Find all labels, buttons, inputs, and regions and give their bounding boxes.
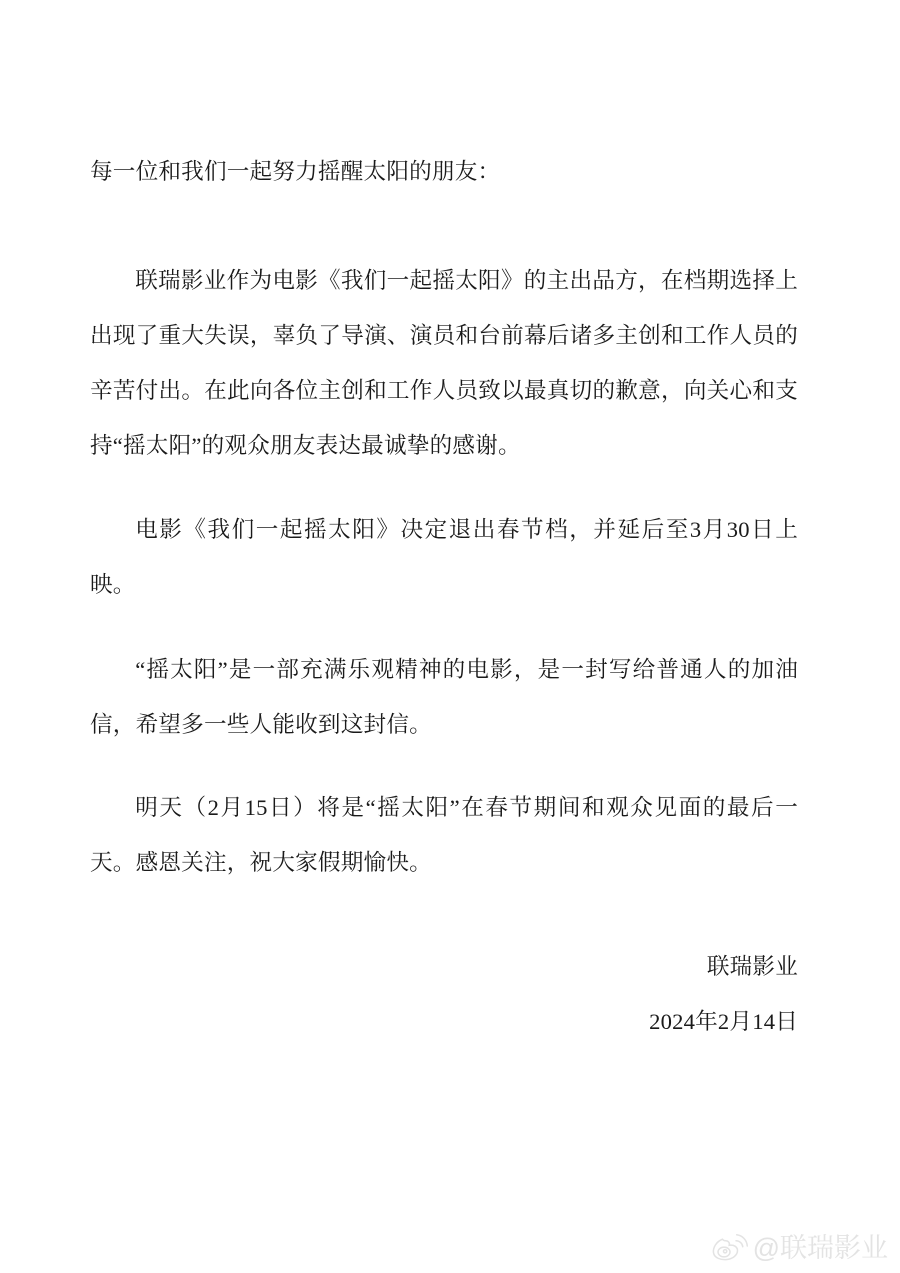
- signoff-block: 联瑞影业 2024年2月14日: [90, 939, 798, 1049]
- text-line: 电影《我们一起摇太阳》决定退出春节档，并延后至3月30日上映。: [90, 502, 798, 612]
- paragraph-release-change: 电影《我们一起摇太阳》决定退出春节档，并延后至3月30日上映。: [90, 502, 798, 612]
- letter-page: 每一位和我们一起努力摇醒太阳的朋友： 联瑞影业作为电影《我们一起摇太阳》的主出品…: [0, 0, 900, 1273]
- paragraph-last-day: 明天（2月15日）将是“摇太阳”在春节期间和观众见面的最后一 天。感恩关注，祝大…: [90, 780, 798, 890]
- letter-body: 每一位和我们一起努力摇醒太阳的朋友： 联瑞影业作为电影《我们一起摇太阳》的主出品…: [90, 144, 798, 1049]
- paragraph-movie-spirit: “摇太阳”是一部充满乐观精神的电影，是一封写给普通人的加油 信，希望多一些人能收…: [90, 642, 798, 752]
- text-line: 辛苦付出。在此向各位主创和工作人员致以最真切的歉意，向关心和支: [90, 363, 798, 418]
- text-line: 明天（2月15日）将是“摇太阳”在春节期间和观众见面的最后一: [90, 780, 798, 835]
- text-line: 天。感恩关注，祝大家假期愉快。: [90, 835, 798, 890]
- paragraph-apology: 联瑞影业作为电影《我们一起摇太阳》的主出品方，在档期选择上 出现了重大失误，辜负…: [90, 253, 798, 473]
- text-line: 持“摇太阳”的观众朋友表达最诚挚的感谢。: [90, 418, 798, 473]
- text-line: “摇太阳”是一部充满乐观精神的电影，是一封写给普通人的加油: [90, 642, 798, 697]
- date-line: 2024年2月14日: [90, 994, 798, 1049]
- weibo-icon: [712, 1230, 748, 1262]
- weibo-watermark: @联瑞影业: [712, 1226, 888, 1265]
- text-line: 出现了重大失误，辜负了导演、演员和台前幕后诸多主创和工作人员的: [90, 308, 798, 363]
- salutation-line: 每一位和我们一起努力摇醒太阳的朋友：: [90, 144, 798, 199]
- signature: 联瑞影业: [90, 939, 798, 994]
- text-line: 信，希望多一些人能收到这封信。: [90, 697, 798, 752]
- watermark-label: @联瑞影业: [753, 1226, 888, 1265]
- text-line: 联瑞影业作为电影《我们一起摇太阳》的主出品方，在档期选择上: [90, 253, 798, 308]
